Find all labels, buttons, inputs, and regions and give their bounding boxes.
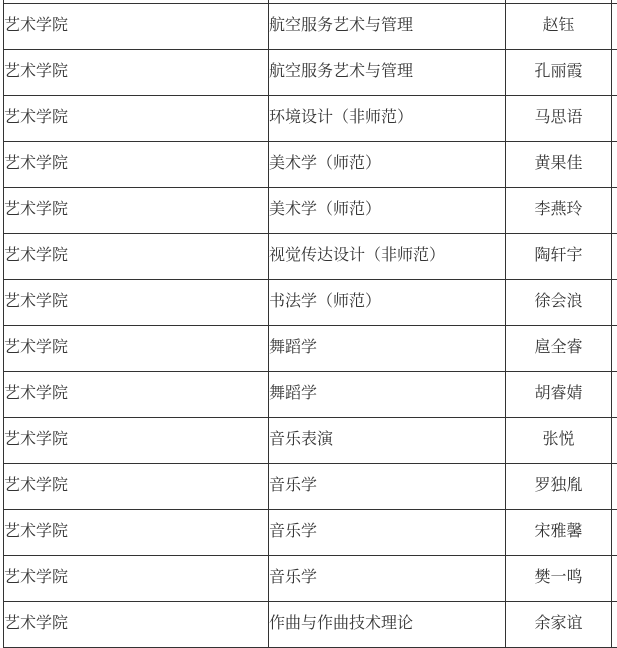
cell-student-name: 罗独胤 bbox=[506, 463, 612, 509]
cell-cropped-overflow bbox=[612, 555, 617, 601]
cell-student-name: 赵钰 bbox=[506, 3, 612, 49]
student-major-table: 艺术学院 航空服务艺术与管理 赵钰 艺术学院 航空服务艺术与管理 孔丽霞 艺术学… bbox=[3, 0, 617, 648]
cell-major: 音乐学 bbox=[269, 555, 506, 601]
cell-student-name: 徐会浪 bbox=[506, 279, 612, 325]
cell-major: 舞蹈学 bbox=[269, 325, 506, 371]
cell-college: 艺术学院 bbox=[4, 233, 269, 279]
table-row: 艺术学院 音乐学 樊一鸣 bbox=[4, 555, 617, 601]
cell-major: 舞蹈学 bbox=[269, 371, 506, 417]
cell-college: 艺术学院 bbox=[4, 279, 269, 325]
cell-student-name: 张悦 bbox=[506, 417, 612, 463]
cell-college: 艺术学院 bbox=[4, 3, 269, 49]
cell-college: 艺术学院 bbox=[4, 601, 269, 647]
table-row: 艺术学院 美术学（师范） 黄果佳 bbox=[4, 141, 617, 187]
cell-cropped-overflow bbox=[612, 95, 617, 141]
cell-cropped-overflow bbox=[612, 509, 617, 555]
table-row: 艺术学院 音乐表演 张悦 bbox=[4, 417, 617, 463]
cell-cropped-overflow bbox=[612, 233, 617, 279]
cell-college: 艺术学院 bbox=[4, 95, 269, 141]
cell-major: 书法学（师范） bbox=[269, 279, 506, 325]
cell-cropped-overflow bbox=[612, 463, 617, 509]
cell-college: 艺术学院 bbox=[4, 463, 269, 509]
cell-college: 艺术学院 bbox=[4, 325, 269, 371]
cell-student-name: 樊一鸣 bbox=[506, 555, 612, 601]
cell-cropped-overflow bbox=[612, 279, 617, 325]
cell-cropped-overflow bbox=[612, 187, 617, 233]
cell-college: 艺术学院 bbox=[4, 417, 269, 463]
cell-student-name: 陶轩宇 bbox=[506, 233, 612, 279]
cell-cropped-overflow bbox=[612, 417, 617, 463]
cell-cropped-overflow bbox=[612, 371, 617, 417]
cell-major: 航空服务艺术与管理 bbox=[269, 49, 506, 95]
table-row: 艺术学院 舞蹈学 胡睿婧 bbox=[4, 371, 617, 417]
cell-major: 音乐学 bbox=[269, 463, 506, 509]
cell-college: 艺术学院 bbox=[4, 371, 269, 417]
table-row: 艺术学院 航空服务艺术与管理 孔丽霞 bbox=[4, 49, 617, 95]
table-row: 艺术学院 航空服务艺术与管理 赵钰 bbox=[4, 3, 617, 49]
cell-cropped-overflow bbox=[612, 3, 617, 49]
cell-student-name: 马思语 bbox=[506, 95, 612, 141]
cell-cropped-overflow bbox=[612, 49, 617, 95]
cell-major: 航空服务艺术与管理 bbox=[269, 3, 506, 49]
table-row: 艺术学院 音乐学 罗独胤 bbox=[4, 463, 617, 509]
cell-cropped-overflow bbox=[612, 141, 617, 187]
cell-major: 音乐表演 bbox=[269, 417, 506, 463]
cell-cropped-overflow bbox=[612, 601, 617, 647]
cell-major: 环境设计（非师范） bbox=[269, 95, 506, 141]
cell-college: 艺术学院 bbox=[4, 509, 269, 555]
cell-student-name: 李燕玲 bbox=[506, 187, 612, 233]
cell-major: 美术学（师范） bbox=[269, 141, 506, 187]
cell-student-name: 余家谊 bbox=[506, 601, 612, 647]
table-row: 艺术学院 舞蹈学 扈全睿 bbox=[4, 325, 617, 371]
table-row: 艺术学院 视觉传达设计（非师范） 陶轩宇 bbox=[4, 233, 617, 279]
cell-college: 艺术学院 bbox=[4, 555, 269, 601]
cell-student-name: 黄果佳 bbox=[506, 141, 612, 187]
cell-student-name: 胡睿婧 bbox=[506, 371, 612, 417]
cell-student-name: 孔丽霞 bbox=[506, 49, 612, 95]
table-row: 艺术学院 美术学（师范） 李燕玲 bbox=[4, 187, 617, 233]
cell-college: 艺术学院 bbox=[4, 49, 269, 95]
table-row: 艺术学院 作曲与作曲技术理论 余家谊 bbox=[4, 601, 617, 647]
student-major-table-body: 艺术学院 航空服务艺术与管理 赵钰 艺术学院 航空服务艺术与管理 孔丽霞 艺术学… bbox=[4, 0, 617, 648]
table-row: 艺术学院 书法学（师范） 徐会浪 bbox=[4, 279, 617, 325]
cell-student-name: 宋雅馨 bbox=[506, 509, 612, 555]
table-row: 艺术学院 环境设计（非师范） 马思语 bbox=[4, 95, 617, 141]
cell-major: 作曲与作曲技术理论 bbox=[269, 601, 506, 647]
cell-student-name: 扈全睿 bbox=[506, 325, 612, 371]
cell-cropped-overflow bbox=[612, 325, 617, 371]
cell-major: 视觉传达设计（非师范） bbox=[269, 233, 506, 279]
table-row: 艺术学院 音乐学 宋雅馨 bbox=[4, 509, 617, 555]
cell-major: 美术学（师范） bbox=[269, 187, 506, 233]
cell-major: 音乐学 bbox=[269, 509, 506, 555]
cell-college: 艺术学院 bbox=[4, 141, 269, 187]
cell-college: 艺术学院 bbox=[4, 187, 269, 233]
